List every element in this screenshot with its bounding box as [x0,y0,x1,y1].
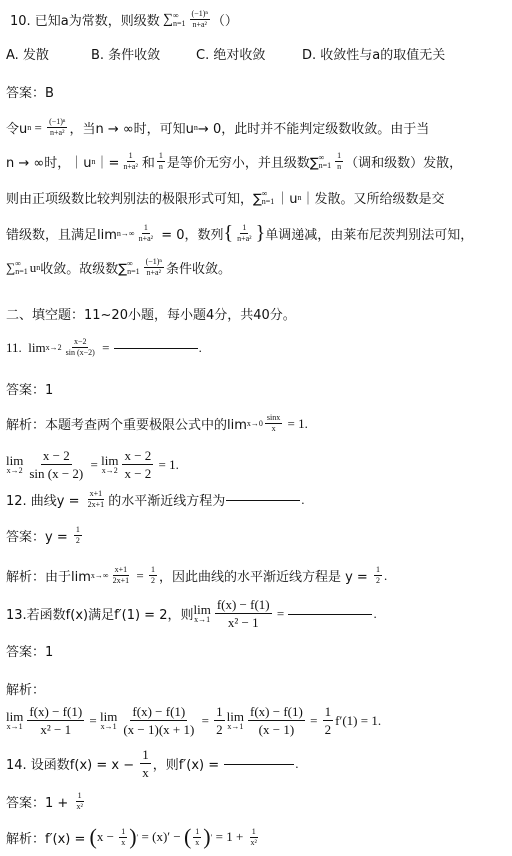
q12-answer: 答案：y = 12 [6,526,84,545]
answer-blank [114,347,198,349]
q11-stem: 11. limx→2 x−2sin (x−2) = . [6,338,202,357]
answer-blank [288,613,372,615]
section-2-title: 二、填空题：11~20小题，每小题4分，共40分。 [6,304,296,323]
sum-symbol: ∑ [163,12,173,28]
q13-stem: 13.若函数f(x)满足f′(1) = 2，则 limx→1 f(x) − f(… [6,598,377,629]
q14-expl: 解析：f′(x) = ( x − 1x )′ = (x)′ − ( 1x )′ … [6,826,261,848]
q10-expl-line5: ∑ ∞n=1 un 收敛。故级数∑ ∞n=1 (−1)ⁿn+a² 条件收敛。 [6,258,231,277]
q13-answer: 答案：1 [6,641,53,660]
q11-derivation: limx→2 x − 2sin (x − 2) = limx→2 x − 2x … [6,449,179,480]
q12-expl: 解析：由于limx→∞ x+12x+1 = 12 ，因此曲线的水平渐近线方程是 … [6,566,387,585]
q13-derivation: limx→1 f(x) − f(1)x² − 1 = limx→1 f(x) −… [6,705,381,736]
q10-expl-line3: 则由正项级数比较判别法的极限形式可知，∑ ∞n=1 ｜un ｜发散。又所给级数是… [6,188,445,207]
q14-stem: 14. 设函数f(x) = x − 1x ，则f′(x) = . [6,748,299,779]
series-term-fraction: (−1)ⁿn+a² [190,10,210,29]
q10-expl-line4: 错级数，且满足limn→∞ 1n+a² = 0，数列 { 1n+a² } 单调递… [6,223,473,243]
q10-answer: 答案：B [6,82,54,101]
q12-stem: 12. 曲线y = x+12x+1 的水平渐近线方程为 . [6,490,304,509]
q10-expl-line1: 令un = (−1)ⁿn+a² ，当n → ∞时，可知un → 0，此时并不能判… [6,118,429,137]
answer-blank [224,763,294,765]
q14-answer: 答案：1 + 1x² [6,792,87,811]
q11-answer: 答案：1 [6,379,53,398]
option-d: D. 收敛性与a的取值无关 [302,44,445,63]
option-a: A. 发散 [6,44,49,63]
answer-blank [226,499,300,501]
option-b: B. 条件收敛 [91,44,160,63]
q13-expl-label: 解析： [6,679,45,698]
q10-stem: 10. 已知a为常数，则级数 ∑ ∞n=1 (−1)ⁿn+a² （） [10,10,238,29]
option-c: C. 绝对收敛 [196,44,265,63]
q11-expl: 解析：本题考查两个重要极限公式中的limx→0 sinxx = 1. [6,414,308,433]
q10-expl-line2: n → ∞时，｜un ｜= 1n+a² 和 1n 是等价无穷小，并且级数∑ ∞n… [6,152,462,171]
